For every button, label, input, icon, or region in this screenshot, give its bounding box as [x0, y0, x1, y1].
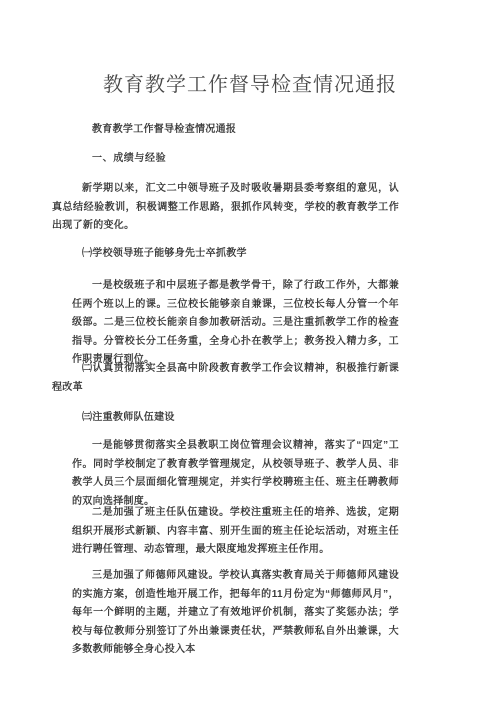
item-3-body-paragraph-1: 一是能够贯彻落实全县教职工岗位管理会议精神，落实了“四定”工作。同时学校制定了教… [72, 437, 399, 511]
item-1-heading: ㈠学校领导班子能够身先士卒抓教学 [82, 245, 247, 264]
document-page: 教育教学工作督导检查情况通报 教育教学工作督导检查情况通报 一、成绩与经验 新学… [0, 0, 500, 708]
item-3-body-paragraph-2: 二是加强了班主任队伍建设。学校注重班主任的培养、选拔，定期组织开展形式新颖、内容… [72, 504, 399, 560]
document-title: 教育教学工作督导检查情况通报 [0, 69, 500, 101]
intro-paragraph: 新学期以来，汇文二中领导班子及时吸收暑期县委考察组的意见，认真总结经验教训，积极… [52, 180, 399, 236]
item-2-heading: ㈡认真贯彻落实全县高中阶段教育教学工作会议精神，积极推行新课程改革 [52, 360, 399, 397]
item-3-heading: ㈢注重教师队伍建设 [82, 409, 175, 428]
item-1-body-paragraph: 一是校级班子和中层班子都是教学骨干，除了行政工作外，大都兼任两个班以上的课。三位… [72, 277, 399, 370]
document-subtitle: 教育教学工作督导检查情况通报 [92, 121, 236, 140]
section-heading-achievements: 一、成绩与经验 [92, 150, 166, 169]
item-3-body-paragraph-3: 三是加强了师德师风建设。学校认真落实教育局关于师德师风建设的实施方案，创造性地开… [72, 567, 399, 660]
